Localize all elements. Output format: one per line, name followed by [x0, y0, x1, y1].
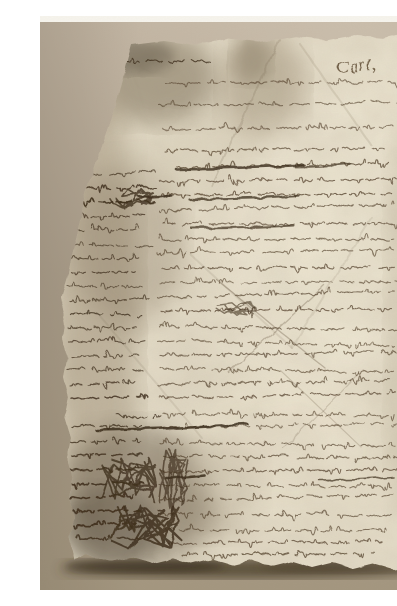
manuscript-photo-canvas: Photograph of a creased, torn handwritte… — [40, 16, 397, 590]
manuscript-photo: Photograph of a creased, torn handwritte… — [40, 16, 397, 590]
photo-grain — [40, 16, 397, 590]
